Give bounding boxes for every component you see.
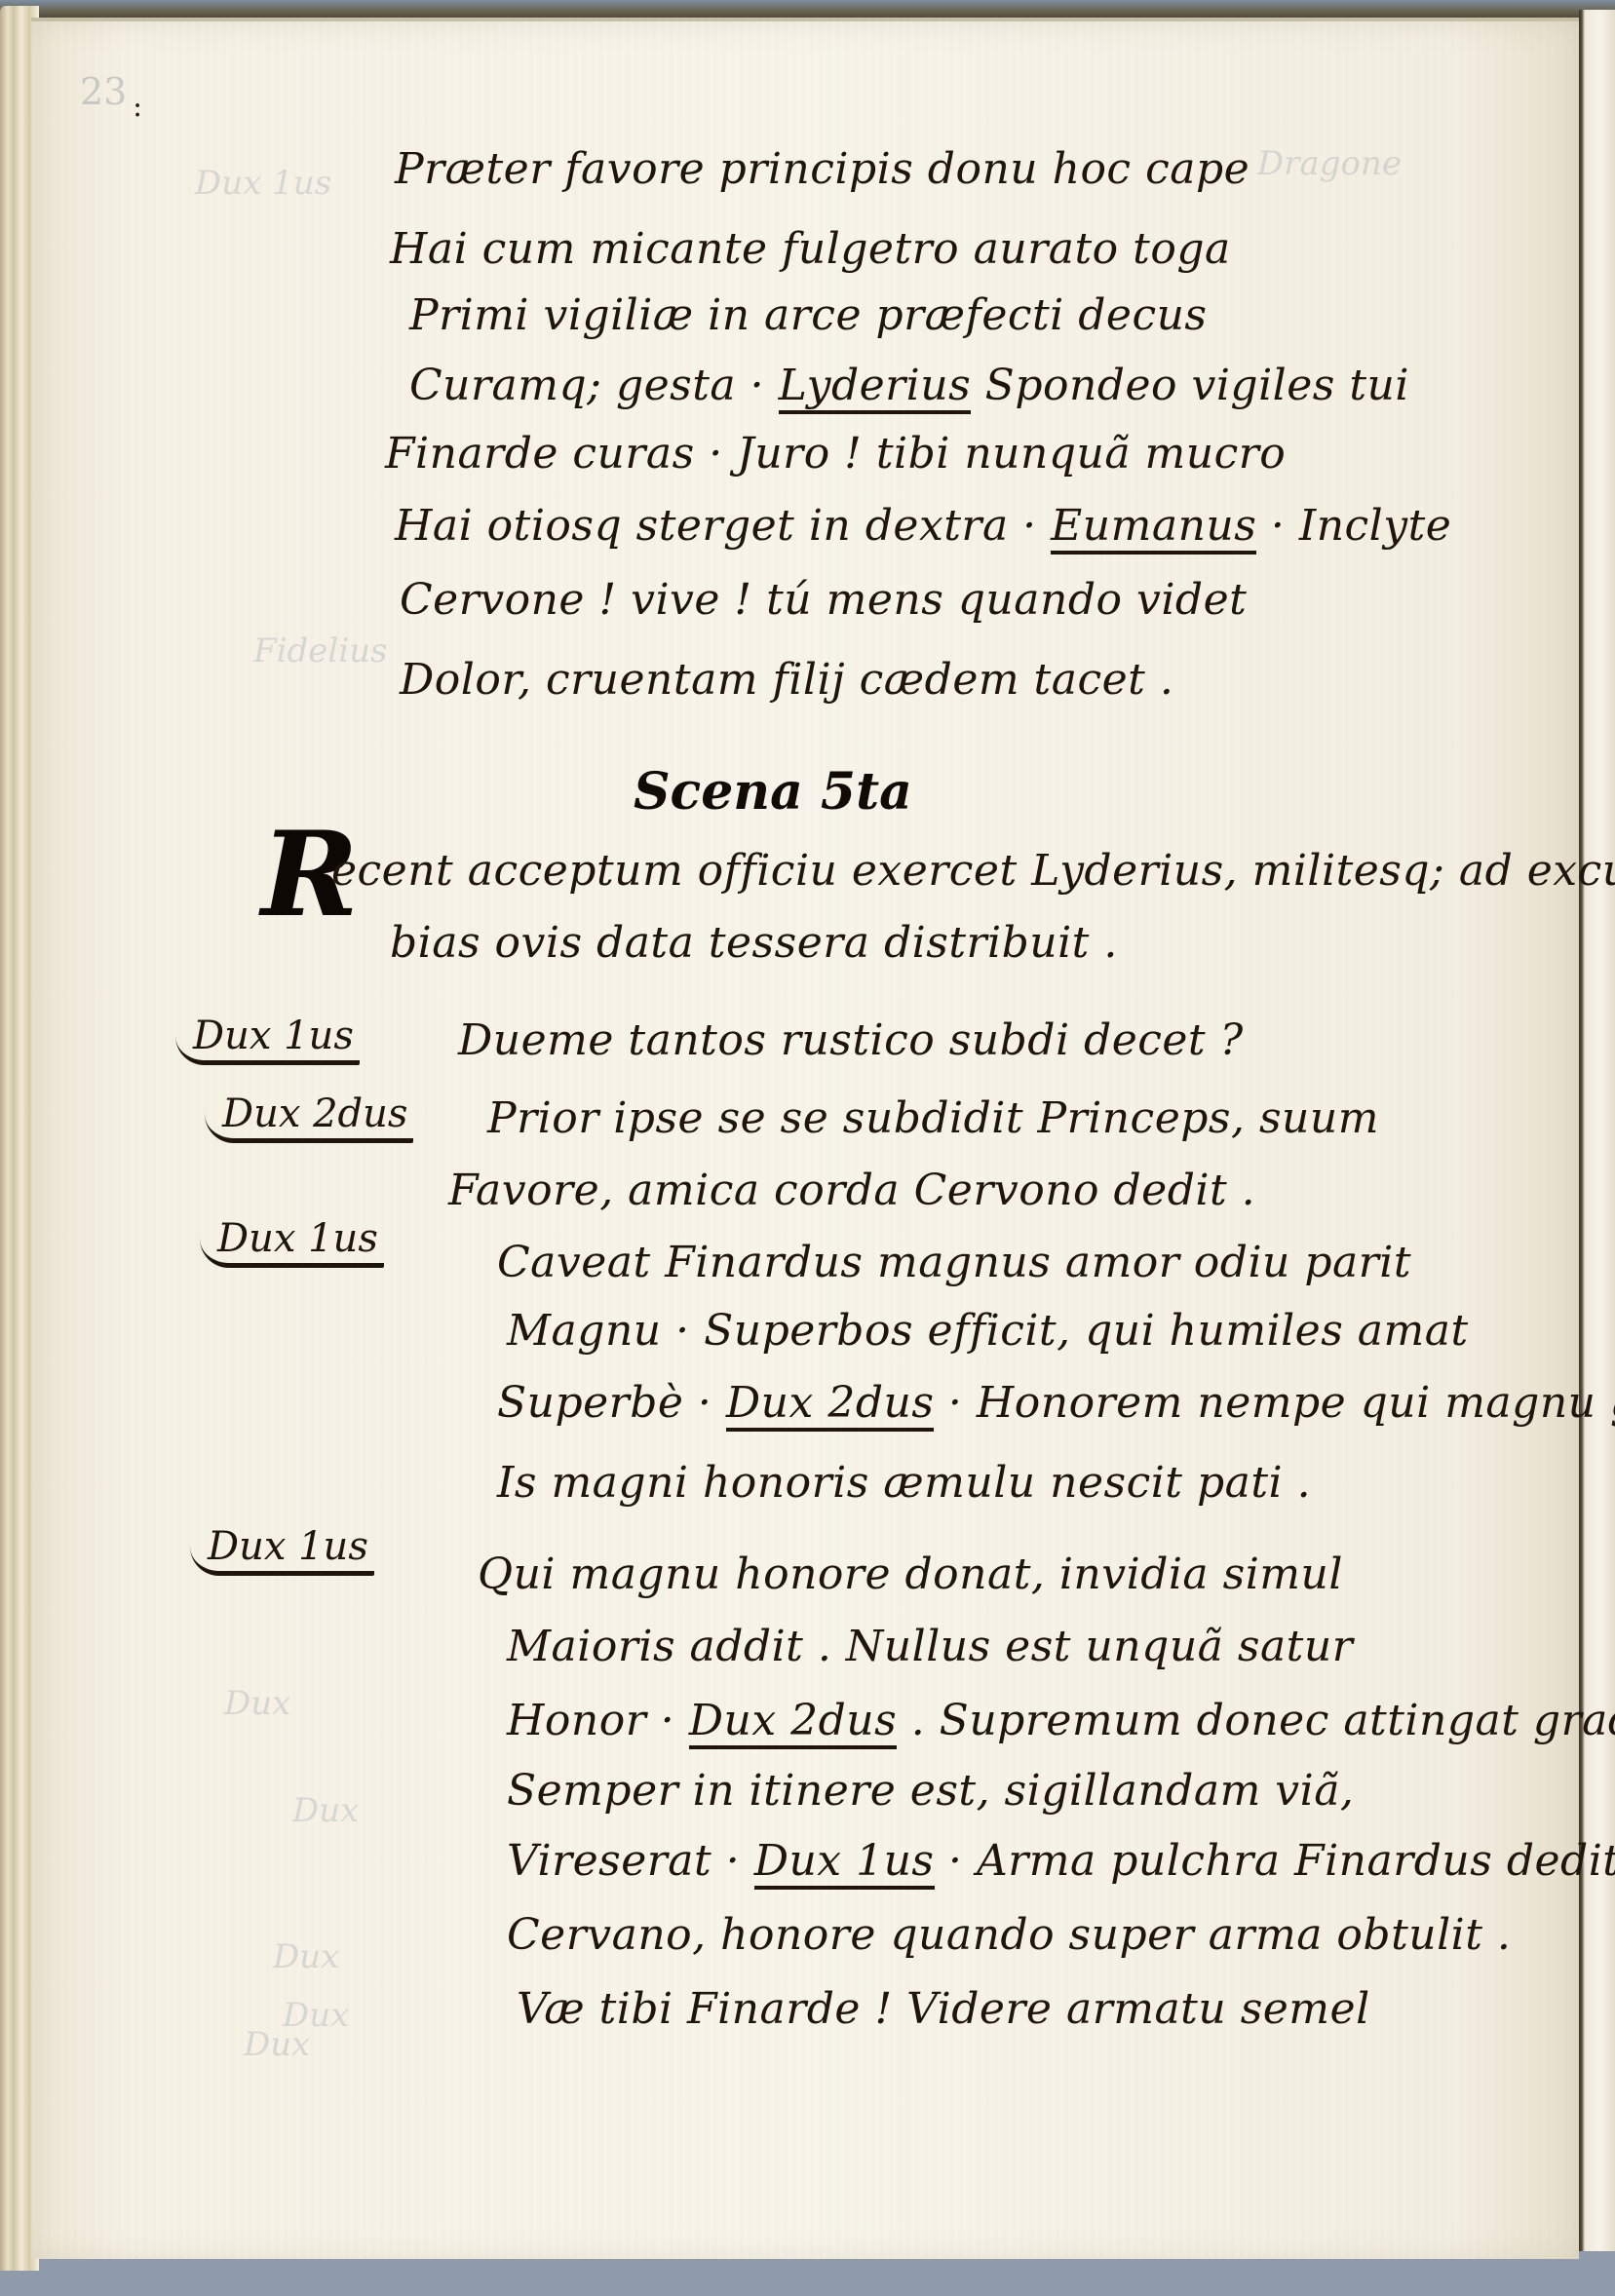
speaker-label: Dux 2dus xyxy=(726,1378,935,1432)
verse-text: Superbè · xyxy=(497,1378,711,1428)
speaker-label: Dux 1us xyxy=(190,1524,374,1576)
folio-number: 23 xyxy=(80,70,127,113)
verse-text: · Inclyte xyxy=(1271,501,1451,551)
verse-text: Curamq; gesta · xyxy=(409,361,764,410)
dialogue-line: Qui magnu honore donat, invidia simul xyxy=(478,1550,1343,1599)
verse-line: Præter favore principis donu hoc cape xyxy=(395,144,1250,194)
verse-line: Curamq; gesta · Lyderius Spondeo vigiles… xyxy=(409,361,1409,410)
verse-text: Spondeo vigiles tui xyxy=(985,361,1409,410)
verse-line: Hai otiosq sterget in dextra · Eumanus ·… xyxy=(395,501,1451,551)
bleed-through-text: Dux xyxy=(273,1937,339,1976)
speaker-label: Dux 2dus xyxy=(205,1091,413,1143)
dialogue-line: Maioris addit . Nullus est unquã satur xyxy=(507,1622,1353,1671)
speaker-label-lyderius: Lyderius xyxy=(779,361,972,414)
dialogue-line: Semper in itinere est, sigillandam viã, xyxy=(507,1766,1354,1816)
dialogue-line: Cervano, honore quando super arma obtuli… xyxy=(507,1910,1511,1960)
speaker-label-eumanus: Eumanus xyxy=(1051,501,1256,555)
bleed-through-text: Fidelius xyxy=(253,631,387,670)
scanner-background-bottom xyxy=(0,2271,1615,2296)
dialogue-line: Superbè · Dux 2dus · Honorem nempe qui m… xyxy=(497,1378,1615,1428)
verse-text: Honor · xyxy=(507,1696,674,1745)
verse-text: Hai otiosq sterget in dextra · xyxy=(395,501,1037,551)
stage-direction-line: ecent acceptum officiu exercet Lyderius,… xyxy=(331,846,1615,896)
dialogue-line: Favore, amica corda Cervono dedit . xyxy=(448,1166,1255,1215)
bleed-through-text: Dux 1us xyxy=(195,164,331,203)
verse-text: Vireserat · xyxy=(507,1836,740,1886)
dialogue-line: Honor · Dux 2dus . Supremum donec atting… xyxy=(507,1696,1615,1745)
scene-heading: Scena 5ta xyxy=(634,762,912,822)
bleed-through-text: Dragone xyxy=(1257,144,1402,183)
dialogue-line: Magnu · Superbos efficit, qui humiles am… xyxy=(507,1306,1469,1356)
dialogue-line: Væ tibi Finarde ! Videre armatu semel xyxy=(517,1984,1370,2034)
verse-text: . Supremum donec attingat gradu xyxy=(911,1696,1615,1745)
speaker-label: Dux 2dus xyxy=(689,1696,898,1749)
dialogue-line: Caveat Finardus magnus amor odiu parit xyxy=(497,1238,1411,1287)
verse-line: Finarde curas · Juro ! tibi nunquã mucro xyxy=(385,429,1286,478)
verse-line: Dolor, cruentam filij cædem tacet . xyxy=(400,655,1173,705)
speaker-label: Dux 1us xyxy=(200,1216,384,1268)
binding-right-edge xyxy=(1579,10,1615,2251)
folio-mark: : xyxy=(133,90,142,124)
dialogue-line: Vireserat · Dux 1us · Arma pulchra Finar… xyxy=(507,1836,1615,1886)
bleed-through-text: Dux xyxy=(244,2025,310,2064)
dialogue-line: Prior ipse se se subdidit Princeps, suum xyxy=(487,1093,1379,1143)
verse-line: Primi vigiliæ in arce præfecti decus xyxy=(409,290,1208,340)
verse-line: Hai cum micante fulgetro aurato toga xyxy=(390,224,1231,274)
speaker-label: Dux 1us xyxy=(175,1014,360,1065)
verse-line: Cervone ! vive ! tú mens quando videt xyxy=(400,575,1247,625)
scanner-background-top xyxy=(0,0,1615,18)
verse-text: · Arma pulchra Finardus dedit xyxy=(948,1836,1615,1886)
dialogue-line: Dueme tantos rustico subdi decet ? xyxy=(458,1015,1244,1065)
bleed-through-text: Dux xyxy=(224,1684,290,1723)
speaker-label: Dux 1us xyxy=(754,1836,935,1890)
stage-direction-line: bias ovis data tessera distribuit . xyxy=(390,918,1118,968)
bleed-through-text: Dux xyxy=(292,1791,359,1830)
dialogue-line: Is magni honoris æmulu nescit pati . xyxy=(497,1458,1311,1508)
verse-text: · Honorem nempe qui magnu gerit, xyxy=(948,1378,1615,1428)
